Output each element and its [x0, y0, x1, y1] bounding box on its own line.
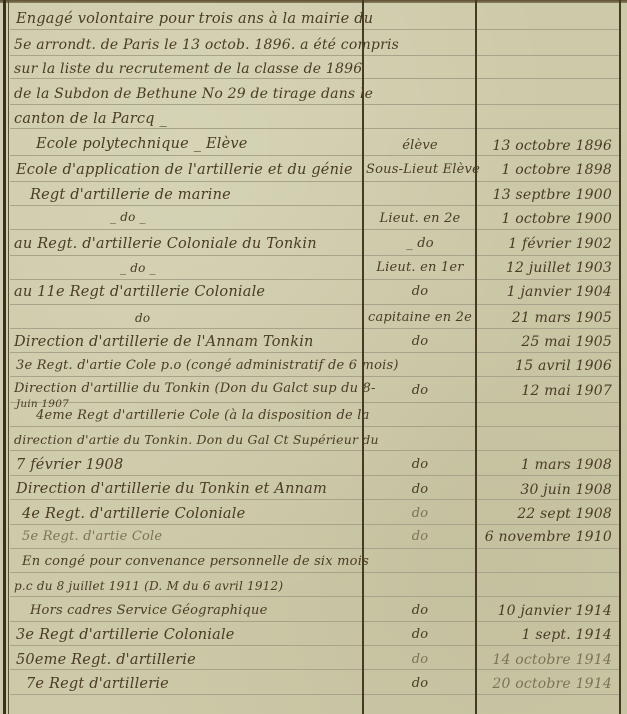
service-corps-2: Ecole d'application de l'artillerie et d…: [16, 161, 353, 179]
service-corps-19: 50eme Regt. d'artillerie: [16, 651, 196, 669]
rank-18: do: [366, 626, 474, 644]
right-border: [619, 0, 621, 714]
service-corps-4: _ do _: [110, 208, 146, 226]
rank-14: do: [366, 481, 474, 499]
rank-13: do: [366, 456, 474, 474]
ruled-line: [10, 255, 620, 256]
service-corps-13: Direction d'artillerie du Tonkin et Anna…: [16, 480, 327, 498]
service-corps-8: do: [135, 309, 150, 327]
ruled-line: [10, 181, 620, 182]
intro-line-5: canton de la Parcq _: [14, 110, 167, 128]
rank-17: do: [366, 602, 474, 620]
ruled-line: [10, 572, 620, 573]
date-19: 14 octobre 1914: [480, 651, 616, 669]
ruled-line: [10, 475, 620, 476]
date-3: 13 septbre 1900: [480, 186, 616, 204]
service-corps-5: au Regt. d'artillerie Coloniale du Tonki…: [14, 235, 317, 253]
ruled-line: [10, 29, 620, 30]
date-9: 25 mai 1905: [480, 333, 616, 351]
ruled-line: [10, 621, 620, 622]
date-20: 20 octobre 1914: [480, 675, 616, 693]
date-8: 21 mars 1905: [480, 309, 616, 327]
ruled-line: [10, 279, 620, 280]
left-outer-border: [3, 0, 6, 714]
date-2: 1 octobre 1898: [480, 161, 616, 179]
service-corps-15: 5e Regt. d'artie Cole: [22, 528, 162, 546]
intro-line-2: 5e arrondt. de Paris le 13 octob. 1896. …: [14, 36, 399, 54]
ruled-line: [10, 426, 620, 427]
date-14: 30 juin 1908: [480, 481, 616, 499]
ruled-line: [10, 402, 620, 403]
ruled-line: [10, 548, 620, 549]
date-13: 1 mars 1908: [480, 456, 616, 474]
service-corps-18: 3e Regt d'artillerie Coloniale: [16, 626, 235, 644]
date-10: 15 avril 1906: [480, 357, 616, 375]
ruled-line: [10, 694, 620, 695]
ruled-line: [10, 499, 620, 500]
register-page: Engagé volontaire pour trois ans à la ma…: [0, 0, 627, 714]
date-1: 13 octobre 1896: [480, 137, 616, 155]
ruled-line: [10, 304, 620, 305]
service-corps-7: au 11e Regt d'artillerie Coloniale: [14, 283, 265, 301]
rank-8: capitaine en 2e: [366, 309, 474, 327]
rank-4: Lieut. en 2e: [366, 210, 474, 228]
ruled-line: [10, 328, 620, 329]
rank-2: Sous-Lieut Elève: [366, 161, 474, 179]
intro-line-3: sur la liste du recrutement de la classe…: [14, 60, 362, 78]
rank-1: élève: [366, 137, 474, 155]
rank-20: do: [366, 675, 474, 693]
rank-19: do: [366, 651, 474, 669]
date-17: 10 janvier 1914: [480, 602, 616, 620]
service-corps-6: _ do _: [120, 259, 156, 277]
ruled-line: [10, 229, 620, 230]
column-divider-date: [475, 0, 477, 714]
page-top-edge: [0, 0, 627, 3]
date-15: 22 sept 1908: [480, 505, 616, 523]
service-corps-12-cont: direction d'artie du Tonkin. Don du Gal …: [14, 431, 379, 449]
service-corps-10: 3e Regt. d'artie Cole p.o (congé adminis…: [16, 357, 399, 375]
service-corps-16: En congé pour convenance personnelle de …: [22, 553, 369, 571]
rank-7: do: [366, 283, 474, 301]
service-corps-3: Regt d'artillerie de marine: [30, 186, 231, 204]
ruled-line: [10, 669, 620, 670]
date-6: 12 juillet 1903: [480, 259, 616, 277]
service-corps-11: Direction d'artillie du Tonkin (Don du G…: [14, 380, 376, 398]
intro-line-1: Engagé volontaire pour trois ans à la ma…: [16, 10, 373, 28]
ruled-line: [10, 128, 620, 129]
rank-6: Lieut. en 1er: [366, 259, 474, 277]
service-corps-20: 7e Regt d'artillerie: [26, 675, 169, 693]
ruled-line: [10, 450, 620, 451]
intro-line-4: de la Subdon de Bethune No 29 de tirage …: [14, 85, 373, 103]
ruled-line: [10, 376, 620, 377]
service-corps-17: Hors cadres Service Géographique: [30, 602, 268, 620]
ruled-line: [10, 155, 620, 156]
left-inner-border: [8, 0, 9, 714]
service-corps-16-cont: p.c du 8 juillet 1911 (D. M du 6 avril 1…: [14, 577, 283, 595]
rank-9: do: [366, 333, 474, 351]
service-corps-12: 4eme Regt d'artillerie Cole (à la dispos…: [36, 407, 370, 425]
ruled-line: [10, 55, 620, 56]
ruled-line: [10, 524, 620, 525]
service-corps-1: Ecole polytechnique _ Elève: [36, 135, 248, 153]
ruled-line: [10, 104, 620, 105]
date-18: 1 sept. 1914: [480, 626, 616, 644]
date-15b: 6 novembre 1910: [480, 528, 616, 546]
rank-5: _ do: [366, 235, 474, 253]
service-corps-14: 4e Regt. d'artillerie Coloniale: [22, 505, 245, 523]
rank-11: do: [366, 382, 474, 400]
date-5: 1 février 1902: [480, 235, 616, 253]
service-corps-9: Direction d'artillerie de l'Annam Tonkin: [14, 333, 314, 351]
ruled-line: [10, 352, 620, 353]
ruled-line: [10, 205, 620, 206]
rank-15: do: [366, 505, 474, 523]
date-7: 1 janvier 1904: [480, 283, 616, 301]
service-corps-12-date: 7 février 1908: [16, 456, 123, 474]
rank-15b: do: [366, 528, 474, 546]
ruled-line: [10, 78, 620, 79]
ruled-line: [10, 596, 620, 597]
ruled-line: [10, 645, 620, 646]
date-11: 12 mai 1907: [480, 382, 616, 400]
date-4: 1 octobre 1900: [480, 210, 616, 228]
